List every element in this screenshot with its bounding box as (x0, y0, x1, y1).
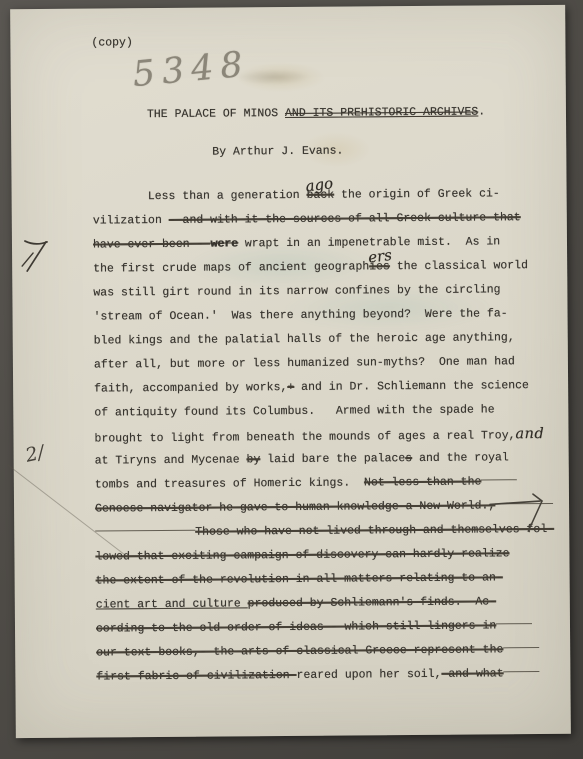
title-text: THE PALACE OF MINOS (147, 107, 285, 121)
typed-line: after all, but more or less humanized su… (94, 350, 553, 378)
typed-segment: backago (307, 189, 335, 202)
typed-segment: and in Dr. Schliemann the science (294, 379, 529, 394)
typed-segment: by (246, 453, 260, 466)
typed-segment: the extent of the revolution in all matt… (96, 571, 503, 587)
typed-segment: the first crude maps of ancient geograph (93, 260, 369, 275)
typed-line: Those who have not lived through and the… (95, 518, 554, 546)
typed-segment: faith, accompanied by works, (94, 381, 287, 396)
title-struck-text: AND ITS PREHISTORIC ARCHIVES (285, 106, 478, 121)
typed-line: at Tiryns and Mycenae by laid bare the p… (95, 446, 554, 474)
typed-segment: first fabric of civilization (96, 669, 296, 684)
typed-line: vilization - and with it the sources of … (93, 206, 552, 234)
handwritten-correction: ers (367, 243, 394, 270)
typed-line: of antiquity found its Columbus. Armed w… (94, 398, 553, 426)
typed-line: was still girt round in its narrow confi… (93, 278, 552, 306)
typed-segment: vilization (93, 214, 169, 228)
typed-segment: bled kings and the palatial halls of the… (94, 331, 515, 347)
handwritten-word: and (515, 426, 544, 442)
typed-segment: tombs and treasures of Homeric kings. (95, 476, 364, 491)
typed-segment: Not less than the (364, 476, 481, 490)
typed-segment: Less than a generation (93, 189, 307, 204)
typed-line: cient art and culture produced by Schlie… (96, 590, 555, 618)
typed-segment: cording to the old order of ideas - whic… (96, 619, 496, 635)
typed-line: Less than a generation backago the origi… (93, 182, 552, 210)
typed-segment: produced by Schliemann's finds. Ac- (248, 595, 497, 610)
transposition-mark (488, 489, 554, 536)
copy-note: (copy) (91, 36, 133, 49)
document-page: (copy) 5348 THE PALACE OF MINOS AND ITS … (10, 5, 571, 738)
handwritten-catalog-number: 5348 (131, 44, 251, 95)
paragraph-insert-mark (18, 235, 52, 279)
typed-line: have ever been - were wrapt in an impene… (93, 230, 552, 258)
typed-line: our text-books,- the arts of classical G… (96, 638, 555, 666)
typed-segment: and the royal (412, 451, 509, 465)
scan-mat: (copy) 5348 THE PALACE OF MINOS AND ITS … (0, 0, 583, 759)
typed-segment: cient art and culture (96, 597, 248, 611)
typed-line: 'stream of Ocean.' Was there anything be… (93, 302, 552, 330)
typed-segment (503, 647, 539, 651)
typed-line: tombs and treasures of Homeric kings. No… (95, 470, 554, 498)
typed-line: the first crude maps of ancient geograph… (93, 254, 552, 282)
typed-segment: at Tiryns and Mycenae (95, 453, 247, 467)
typed-line: lowed that exciting campaign of discover… (95, 542, 554, 570)
typescript-body: Less than a generation backago the origi… (93, 182, 556, 690)
byline: By Arthur J. Evans. (212, 145, 343, 159)
typed-segment: reared upon her soil, (296, 668, 441, 682)
typed-line: first fabric of civilization reared upon… (96, 662, 555, 690)
typed-segment: - and with it the sources of all Greek c… (169, 211, 521, 227)
typed-segment: of antiquity found its Columbus. Armed w… (94, 403, 494, 419)
typed-segment: lowed that exciting campaign of discover… (95, 547, 509, 563)
typed-segment (95, 530, 195, 535)
typed-line: cording to the old order of ideas - whic… (96, 614, 555, 642)
typed-segment: laid bare the palace (260, 452, 405, 466)
typed-segment: have ever been - (93, 238, 210, 252)
typed-segment: after all, but more or less humanized su… (94, 355, 515, 371)
pencil-smudge (236, 69, 311, 86)
typed-segment (496, 623, 532, 627)
title-period: . (478, 105, 485, 118)
typed-line: brought to light from beneath the mounds… (94, 422, 553, 450)
handwritten-correction: ago (304, 171, 334, 198)
typed-segment: brought to light from beneath the mounds… (94, 429, 515, 445)
typed-segment: Genoese navigator he gave to human knowl… (95, 499, 495, 515)
typed-segment: 'stream of Ocean.' Was there anything be… (94, 307, 508, 323)
margin-query-mark: 2/ (23, 441, 46, 466)
typed-line: faith, accompanied by works,+ and in Dr.… (94, 374, 553, 402)
typed-segment: iesers (369, 260, 390, 273)
typed-segment: the classical world (390, 259, 528, 273)
typed-segment (481, 479, 517, 483)
typed-segment: was still girt round in its narrow confi… (93, 283, 500, 299)
page-title: THE PALACE OF MINOS AND ITS PREHISTORIC … (147, 105, 485, 121)
typed-segment: the origin of Greek ci- (334, 187, 500, 201)
typed-segment: were (210, 237, 238, 250)
typed-segment: and what (441, 667, 503, 680)
typed-line: bled kings and the palatial halls of the… (94, 326, 553, 354)
typed-segment: our text-books,- the arts of classical G… (96, 643, 503, 659)
typed-segment (504, 671, 540, 675)
typed-line: Genoese navigator he gave to human knowl… (95, 494, 554, 522)
typed-line: the extent of the revolution in all matt… (96, 566, 555, 594)
